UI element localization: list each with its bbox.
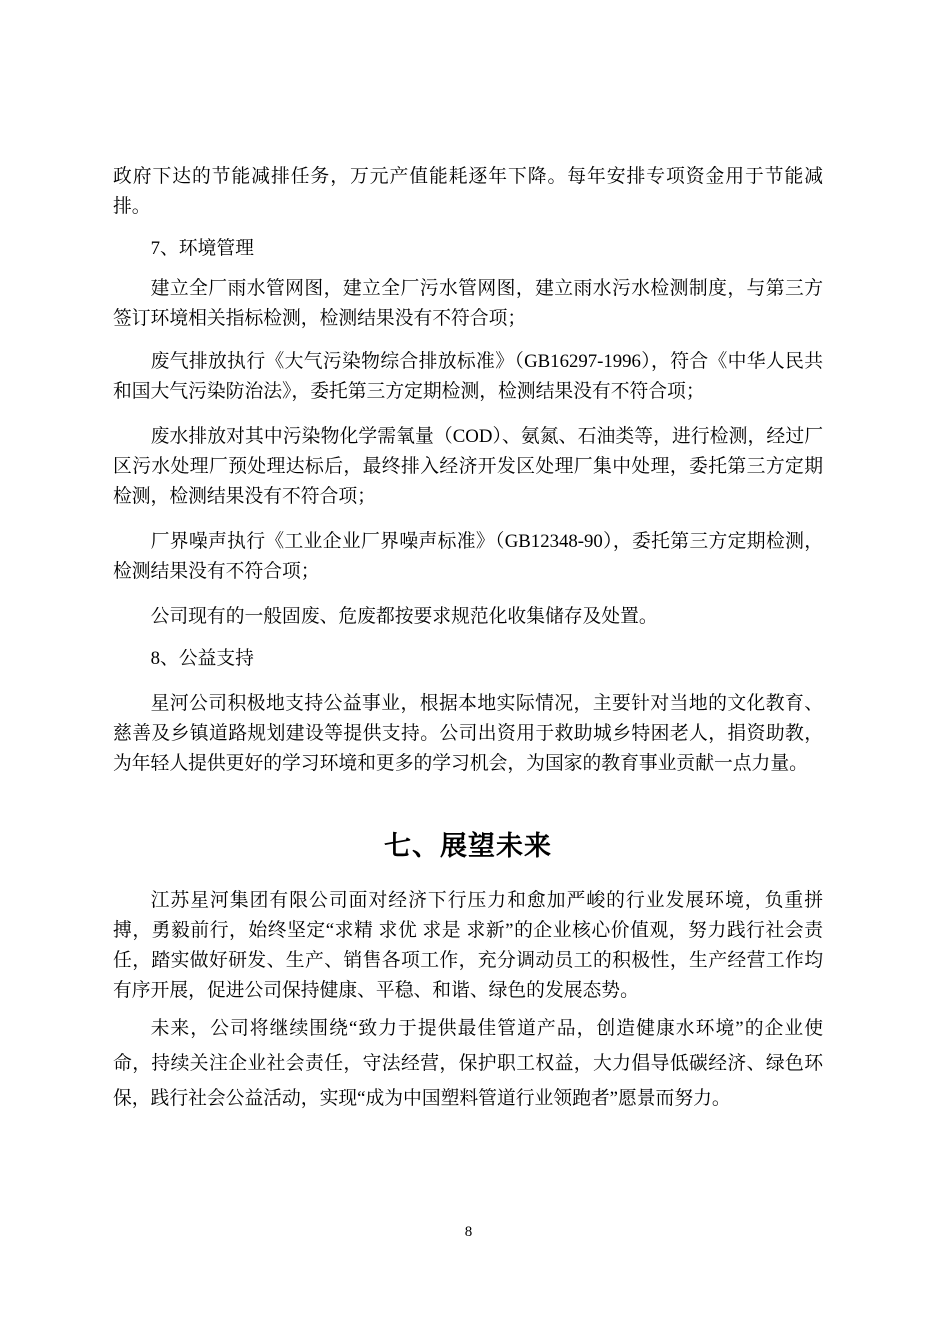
paragraph-future-mission: 未来，公司将继续围绕“致力于提供最佳管道产品，创造健康水环境”的企业使命，持续关… xyxy=(113,1011,823,1116)
paragraph-solid-waste: 公司现有的一般固废、危废都按要求规范化收集储存及处置。 xyxy=(113,602,823,632)
document-body: 政府下达的节能减排任务，万元产值能耗逐年下降。每年安排专项资金用于节能减排。 7… xyxy=(113,0,823,1116)
subsection-heading-environment-management: 7、环境管理 xyxy=(113,234,823,264)
paragraph-pipe-network: 建立全厂雨水管网图，建立全厂污水管网图，建立雨水污水检测制度，与第三方签订环境相… xyxy=(113,274,823,334)
page-number: 8 xyxy=(0,1222,937,1242)
paragraph-company-values: 江苏星河集团有限公司面对经济下行压力和愈加严峻的行业发展环境，负重拼搏，勇毅前行… xyxy=(113,886,823,1006)
subsection-heading-public-welfare: 8、公益支持 xyxy=(113,644,823,674)
document-page: 政府下达的节能减排任务，万元产值能耗逐年下降。每年安排专项资金用于节能减排。 7… xyxy=(0,0,937,1325)
paragraph-exhaust-emission: 废气排放执行《大气污染物综合排放标准》（GB16297-1996），符合《中华人… xyxy=(113,347,823,407)
paragraph-charity-support: 星河公司积极地支持公益事业，根据本地实际情况，主要针对当地的文化教育、慈善及乡镇… xyxy=(113,689,823,779)
paragraph-boundary-noise: 厂界噪声执行《工业企业厂界噪声标准》（GB12348-90），委托第三方定期检测… xyxy=(113,527,823,587)
chapter-heading-future-outlook: 七、展望未来 xyxy=(113,824,823,868)
paragraph-energy-saving-continuation: 政府下达的节能减排任务，万元产值能耗逐年下降。每年安排专项资金用于节能减排。 xyxy=(113,162,823,222)
paragraph-wastewater-emission: 废水排放对其中污染物化学需氧量（COD）、氨氮、石油类等，进行检测，经过厂区污水… xyxy=(113,422,823,512)
